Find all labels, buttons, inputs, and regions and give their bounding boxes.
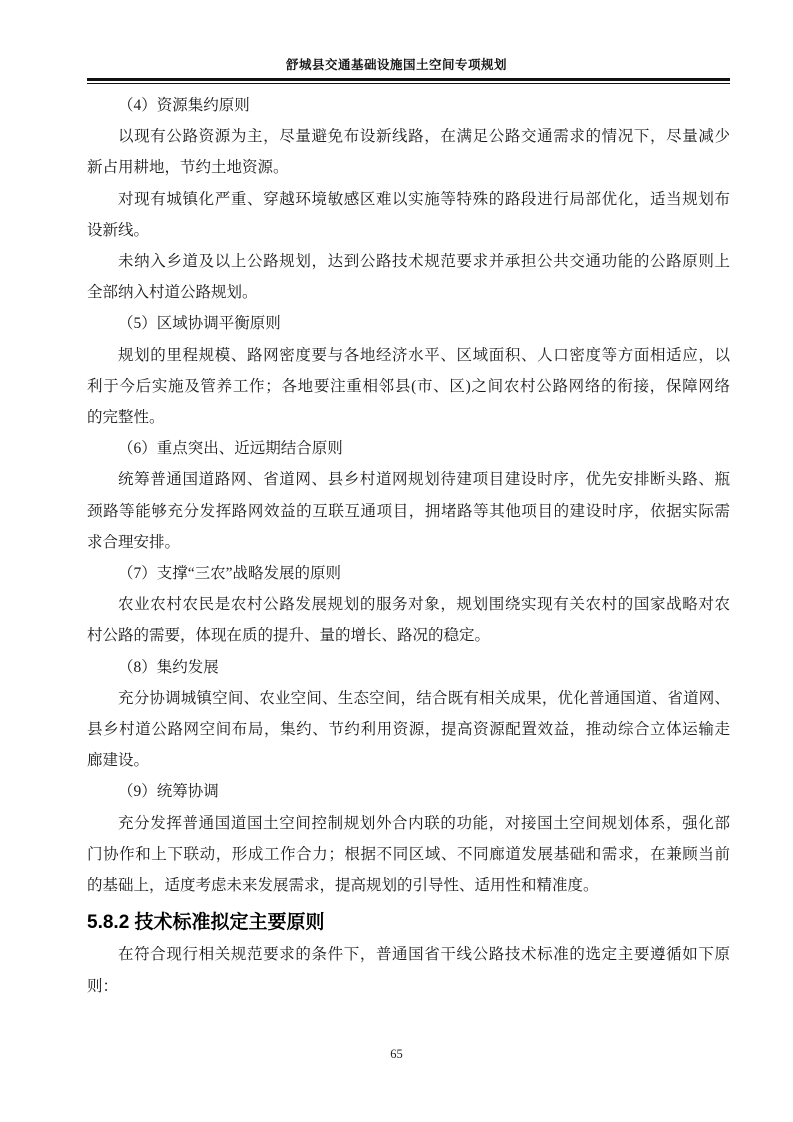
text-line: 的完整性。 — [87, 402, 730, 433]
header-rule — [87, 78, 730, 84]
sub-heading: （5）区域协调平衡原则 — [87, 308, 730, 339]
paragraph: 充分协调城镇空间、农业空间、生态空间，结合既有相关成果，优化普通国道、省道网、县… — [87, 683, 730, 777]
page-number: 65 — [0, 1047, 793, 1062]
text-line: 则： — [87, 971, 730, 1002]
text-line: 颈路等能够充分发挥路网效益的互联互通项目，拥堵路等其他项目的建设时序，依据实际需 — [87, 496, 730, 527]
text-line: 新占用耕地，节约土地资源。 — [87, 152, 730, 183]
text-line: （5）区域协调平衡原则 — [87, 308, 730, 339]
text-line: 利于今后实施及管养工作；各地要注重相邻县(市、区)之间农村公路网络的衔接，保障网… — [87, 371, 730, 402]
document-page: 舒城县交通基础设施国土空间专项规划 （4）资源集约原则以现有公路资源为主，尽量避… — [0, 0, 793, 1122]
text-line: 设新线。 — [87, 215, 730, 246]
text-line: 统筹普通国道路网、省道网、县乡村道网规划待建项目建设时序，优先安排断头路、瓶 — [87, 464, 730, 495]
text-line: （8）集约发展 — [87, 652, 730, 683]
text-line: （6）重点突出、近远期结合原则 — [87, 433, 730, 464]
text-line: 未纳入乡道及以上公路规划，达到公路技术规范要求并承担公共交通功能的公路原则上 — [87, 246, 730, 277]
paragraph: 规划的里程规模、路网密度要与各地经济水平、区域面积、人口密度等方面相适应，以利于… — [87, 340, 730, 434]
sub-heading: （8）集约发展 — [87, 652, 730, 683]
paragraph: 未纳入乡道及以上公路规划，达到公路技术规范要求并承担公共交通功能的公路原则上全部… — [87, 246, 730, 308]
text-line: 的基础上，适度考虑未来发展需求，提高规划的引导性、适用性和精准度。 — [87, 870, 730, 901]
text-line: 规划的里程规模、路网密度要与各地经济水平、区域面积、人口密度等方面相适应，以 — [87, 340, 730, 371]
sub-heading: （7）支撑“三农”战略发展的原则 — [87, 558, 730, 589]
paragraph: 对现有城镇化严重、穿越环境敏感区难以实施等特殊的路段进行局部优化，适当规划布设新… — [87, 184, 730, 246]
text-line: 廊建设。 — [87, 745, 730, 776]
paragraph: 农业农村农民是农村公路发展规划的服务对象，规划围绕实现有关农村的国家战略对农村公… — [87, 589, 730, 651]
paragraph: 在符合现行相关规范要求的条件下，普通国省干线公路技术标准的选定主要遵循如下原则： — [87, 939, 730, 1001]
sub-heading: （9）统筹协调 — [87, 776, 730, 807]
paragraph: 充分发挥普通国道国土空间控制规划外合内联的功能，对接国土空间规划体系，强化部门协… — [87, 808, 730, 902]
text-line: 全部纳入村道公路规划。 — [87, 277, 730, 308]
paragraph: 以现有公路资源为主，尽量避免布设新线路，在满足公路交通需求的情况下，尽量减少新占… — [87, 121, 730, 183]
text-line: 对现有城镇化严重、穿越环境敏感区难以实施等特殊的路段进行局部优化，适当规划布 — [87, 184, 730, 215]
body-text: （4）资源集约原则以现有公路资源为主，尽量避免布设新线路，在满足公路交通需求的情… — [87, 90, 730, 1002]
text-line: （9）统筹协调 — [87, 776, 730, 807]
text-line: 门协作和上下联动，形成工作合力；根据不同区域、不同廊道发展基础和需求，在兼顾当前 — [87, 839, 730, 870]
text-line: 充分发挥普通国道国土空间控制规划外合内联的功能，对接国土空间规划体系，强化部 — [87, 808, 730, 839]
text-line: 5.8.2 技术标准拟定主要原则 — [87, 907, 730, 938]
text-line: 村公路的需要，体现在质的提升、量的增长、路况的稳定。 — [87, 620, 730, 651]
text-line: 在符合现行相关规范要求的条件下，普通国省干线公路技术标准的选定主要遵循如下原 — [87, 939, 730, 970]
section-heading: 5.8.2 技术标准拟定主要原则 — [87, 907, 730, 938]
sub-heading: （4）资源集约原则 — [87, 90, 730, 121]
paragraph: 统筹普通国道路网、省道网、县乡村道网规划待建项目建设时序，优先安排断头路、瓶颈路… — [87, 464, 730, 558]
text-line: 县乡村道公路网空间布局，集约、节约利用资源，提高资源配置效益，推动综合立体运输走 — [87, 714, 730, 745]
text-line: （4）资源集约原则 — [87, 90, 730, 121]
text-line: 充分协调城镇空间、农业空间、生态空间，结合既有相关成果，优化普通国道、省道网、 — [87, 683, 730, 714]
text-line: （7）支撑“三农”战略发展的原则 — [87, 558, 730, 589]
page-header-title: 舒城县交通基础设施国土空间专项规划 — [0, 55, 793, 73]
text-line: 农业农村农民是农村公路发展规划的服务对象，规划围绕实现有关农村的国家战略对农 — [87, 589, 730, 620]
text-line: 以现有公路资源为主，尽量避免布设新线路，在满足公路交通需求的情况下，尽量减少 — [87, 121, 730, 152]
sub-heading: （6）重点突出、近远期结合原则 — [87, 433, 730, 464]
text-line: 求合理安排。 — [87, 527, 730, 558]
